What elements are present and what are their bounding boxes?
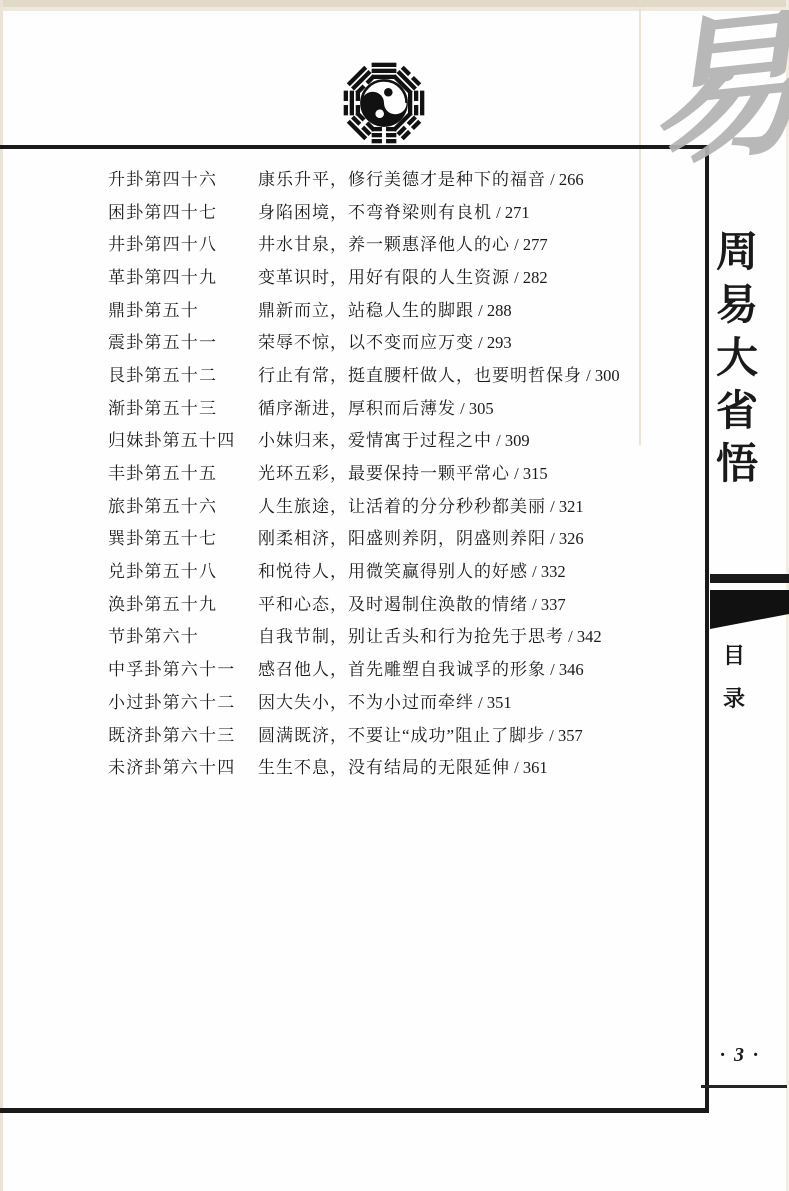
toc-page-number: 321 [559,497,584,516]
toc-chapter-title: 震卦第五十一 [108,328,258,353]
toc-page-number: 332 [541,562,566,581]
toc-page-number: 315 [523,464,548,483]
toc-description-text: 荣辱不惊，以不变而应万变 [258,333,474,352]
toc-description: 人生旅途，让活着的分分秒秒都美丽 / 321 [258,492,584,517]
toc-description-text: 变革识时，用好有限的人生资源 [258,268,510,287]
toc-separator: / [456,399,469,418]
margin-decoration-bar [710,574,789,583]
toc-page-number: 288 [487,301,512,320]
toc-description: 感召他人，首先雕塑自我诚孚的形象 / 346 [258,655,584,680]
toc-separator: / [582,366,595,385]
toc-page-number: 266 [559,170,584,189]
toc-entry: 旅卦第五十六 人生旅途，让活着的分分秒秒都美丽 / 321 [108,488,693,521]
toc-page-number: 351 [487,693,512,712]
toc-entry: 鼎卦第五十 鼎新而立，站稳人生的脚跟 / 288 [108,292,693,325]
toc-page-number: 337 [541,595,566,614]
toc-chapter-title: 未济卦第六十四 [108,753,258,778]
toc-entry: 兑卦第五十八 和悦待人，用微笑赢得别人的好感 / 332 [108,553,693,586]
toc-chapter-title: 归妹卦第五十四 [108,426,258,451]
toc-separator: / [546,497,559,516]
toc-chapter-title: 兑卦第五十八 [108,557,258,582]
toc-chapter-title: 渐卦第五十三 [108,394,258,419]
toc-chapter-title: 涣卦第五十九 [108,590,258,615]
toc-description-text: 刚柔相济，阳盛则养阴，阴盛则养阳 [258,529,546,548]
toc-description-text: 康乐升平，修行美德才是种下的福音 [258,170,546,189]
toc-separator: / [510,268,523,287]
toc-chapter-title: 鼎卦第五十 [108,296,258,321]
toc-separator: / [510,464,523,483]
toc-description-text: 身陷困境，不弯脊梁则有良机 [258,203,492,222]
toc-entry: 震卦第五十一 荣辱不惊，以不变而应万变 / 293 [108,324,693,357]
toc-separator: / [528,595,541,614]
toc-page-number: 300 [595,366,620,385]
toc-chapter-title: 困卦第四十七 [108,198,258,223]
scan-edge-top-soft [0,7,789,11]
toc-description-text: 鼎新而立，站稳人生的脚跟 [258,301,474,320]
bagua-taiji-icon [341,60,427,146]
toc-separator: / [564,627,577,646]
toc-page-number: 342 [577,627,602,646]
toc-description-text: 行止有常，挺直腰杆做人，也要明哲保身 [258,366,582,385]
bagua-taiji-logo [341,60,427,146]
section-label-char: 录 [711,678,757,721]
toc-description: 变革识时，用好有限的人生资源 / 282 [258,263,548,288]
toc-separator: / [492,431,505,450]
folio-page-number: · 3 · [700,1044,780,1067]
toc-description: 身陷困境，不弯脊梁则有良机 / 271 [258,198,530,223]
book-title-char: 悟 [709,440,765,493]
toc-entry: 既济卦第六十三 圆满既济，不要让“成功”阻止了脚步 / 357 [108,717,693,750]
toc-description: 因大失小，不为小过而牵绊 / 351 [258,688,512,713]
toc-chapter-title: 既济卦第六十三 [108,721,258,746]
toc-description: 鼎新而立，站稳人生的脚跟 / 288 [258,296,512,321]
toc-entry: 归妹卦第五十四 小妹归来，爱情寓于过程之中 / 309 [108,423,693,456]
toc-chapter-title: 井卦第四十八 [108,230,258,255]
toc-page-number: 282 [523,268,548,287]
toc-separator: / [474,333,487,352]
toc-description-text: 人生旅途，让活着的分分秒秒都美丽 [258,497,546,516]
toc-description: 行止有常，挺直腰杆做人，也要明哲保身 / 300 [258,361,620,386]
toc-chapter-title: 节卦第六十 [108,622,258,647]
toc-separator: / [474,301,487,320]
toc-entry: 巽卦第五十七 刚柔相济，阳盛则养阴，阴盛则养阳 / 326 [108,521,693,554]
toc-description-text: 因大失小，不为小过而牵绊 [258,693,474,712]
toc-description: 小妹归来，爱情寓于过程之中 / 309 [258,426,530,451]
toc-separator: / [546,660,559,679]
toc-description-text: 光环五彩，最要保持一颗平常心 [258,464,510,483]
toc-page-number: 346 [559,660,584,679]
toc-chapter-title: 艮卦第五十二 [108,361,258,386]
toc-description-text: 和悦待人，用微笑赢得别人的好感 [258,562,528,581]
toc-page-number: 326 [559,529,584,548]
folio-underline [701,1085,787,1088]
toc-chapter-title: 丰卦第五十五 [108,459,258,484]
toc-separator: / [546,529,559,548]
toc-page-number: 277 [523,235,548,254]
toc-description: 生生不息，没有结局的无限延伸 / 361 [258,753,548,778]
scan-edge-top [0,0,789,7]
toc-page-number: 305 [469,399,494,418]
toc-chapter-title: 升卦第四十六 [108,165,258,190]
book-page: 易 升卦第四十六 康乐升平，修行美德才是种下的福音 / 266 困卦第四十七 身… [0,0,789,1191]
book-title-char: 大 [709,334,765,387]
toc-entry: 中孚卦第六十一 感召他人，首先雕塑自我诚孚的形象 / 346 [108,651,693,684]
toc-chapter-title: 巽卦第五十七 [108,524,258,549]
toc-description: 圆满既济，不要让“成功”阻止了脚步 / 357 [258,721,583,746]
toc-chapter-title: 旅卦第五十六 [108,492,258,517]
toc-description-text: 感召他人，首先雕塑自我诚孚的形象 [258,660,546,679]
toc-separator: / [546,170,559,189]
toc-separator: / [474,693,487,712]
toc-entry: 丰卦第五十五 光环五彩，最要保持一颗平常心 / 315 [108,455,693,488]
toc-chapter-title: 革卦第四十九 [108,263,258,288]
section-label-char: 目 [711,635,757,678]
toc-description-text: 小妹归来，爱情寓于过程之中 [258,431,492,450]
toc-page-number: 361 [523,758,548,777]
toc-chapter-title: 中孚卦第六十一 [108,655,258,680]
toc-entry: 节卦第六十 自我节制，别让舌头和行为抢先于思考 / 342 [108,619,693,652]
toc-separator: / [510,235,523,254]
toc-entry: 小过卦第六十二 因大失小，不为小过而牵绊 / 351 [108,684,693,717]
toc-description: 和悦待人，用微笑赢得别人的好感 / 332 [258,557,566,582]
toc-separator: / [510,758,523,777]
toc-entry: 升卦第四十六 康乐升平，修行美德才是种下的福音 / 266 [108,161,693,194]
section-label-contents: 目 录 [711,635,757,721]
book-title-vertical: 周 易 大 省 悟 [709,228,765,493]
toc-chapter-title: 小过卦第六十二 [108,688,258,713]
toc-description: 光环五彩，最要保持一颗平常心 / 315 [258,459,548,484]
toc-page-number: 293 [487,333,512,352]
book-title-char: 周 [709,228,765,281]
toc-description-text: 生生不息，没有结局的无限延伸 [258,758,510,777]
toc-description: 刚柔相济，阳盛则养阴，阴盛则养阳 / 326 [258,524,584,549]
toc-page-number: 271 [505,203,530,222]
toc-description-text: 循序渐进，厚积而后薄发 [258,399,456,418]
toc-description: 自我节制，别让舌头和行为抢先于思考 / 342 [258,622,602,647]
book-title-char: 省 [709,387,765,440]
toc-description-text: 自我节制，别让舌头和行为抢先于思考 [258,627,564,646]
toc-description-text: 圆满既济，不要让“成功”阻止了脚步 [258,726,545,745]
toc-description: 循序渐进，厚积而后薄发 / 305 [258,394,494,419]
toc-separator: / [545,726,558,745]
toc-entry: 渐卦第五十三 循序渐进，厚积而后薄发 / 305 [108,390,693,423]
toc-entry: 井卦第四十八 井水甘泉，养一颗惠泽他人的心 / 277 [108,226,693,259]
toc-description-text: 平和心态，及时遏制住涣散的情绪 [258,595,528,614]
margin-decoration-wedge [710,589,789,630]
toc-separator: / [528,562,541,581]
toc-entry: 涣卦第五十九 平和心态，及时遏制住涣散的情绪 / 337 [108,586,693,619]
toc-entry: 困卦第四十七 身陷困境，不弯脊梁则有良机 / 271 [108,194,693,227]
toc-description-text: 井水甘泉，养一颗惠泽他人的心 [258,235,510,254]
toc-description: 康乐升平，修行美德才是种下的福音 / 266 [258,165,584,190]
toc-entry: 艮卦第五十二 行止有常，挺直腰杆做人，也要明哲保身 / 300 [108,357,693,390]
toc-separator: / [492,203,505,222]
toc-description: 井水甘泉，养一颗惠泽他人的心 / 277 [258,230,548,255]
toc-description: 荣辱不惊，以不变而应万变 / 293 [258,328,512,353]
book-title-char: 易 [709,281,765,334]
toc-entry: 未济卦第六十四 生生不息，没有结局的无限延伸 / 361 [108,749,693,782]
toc-page-number: 309 [505,431,530,450]
toc-entry: 革卦第四十九 变革识时，用好有限的人生资源 / 282 [108,259,693,292]
toc-list: 升卦第四十六 康乐升平，修行美德才是种下的福音 / 266 困卦第四十七 身陷困… [108,161,693,782]
toc-description: 平和心态，及时遏制住涣散的情绪 / 337 [258,590,566,615]
toc-page-number: 357 [558,726,583,745]
